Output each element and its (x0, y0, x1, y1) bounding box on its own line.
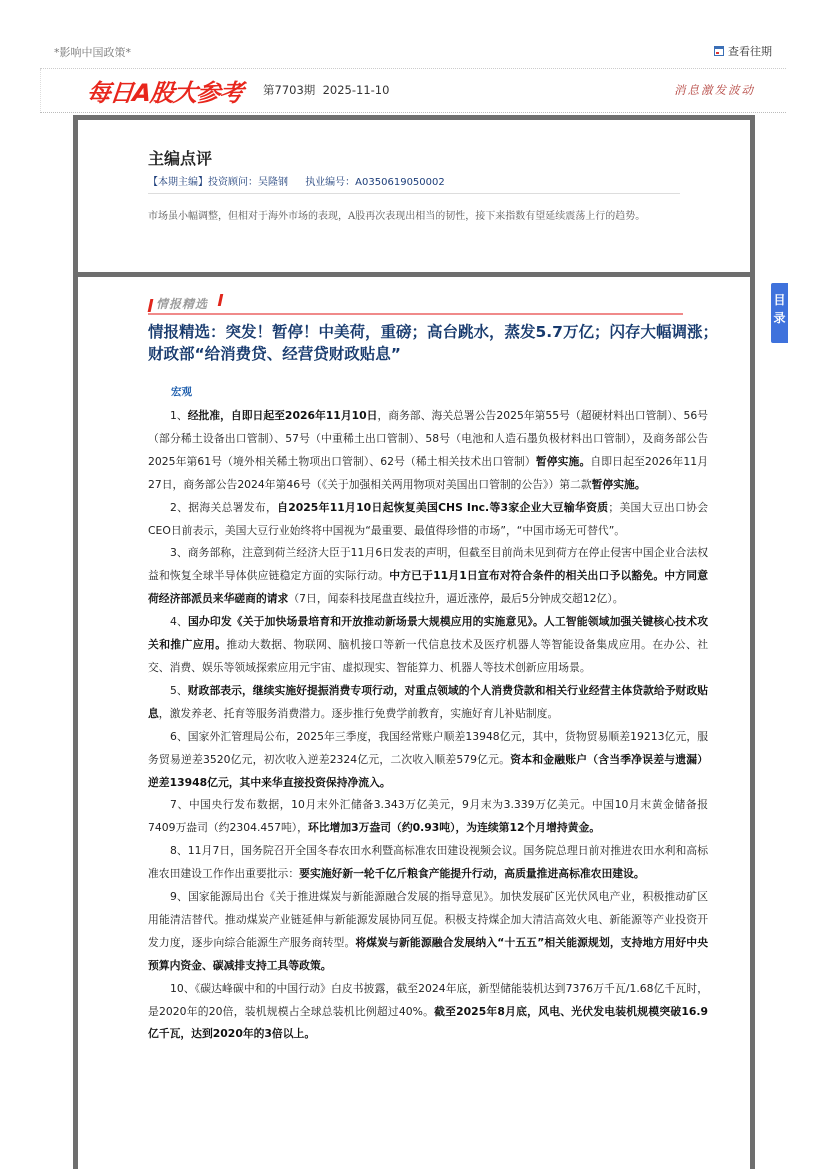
accent-bar-icon (148, 299, 154, 312)
news-text: ，激发养老、托育等服务消费潜力。逐步推行免费学前教育，实施好育儿补贴制度。 (159, 707, 558, 720)
masthead: 每日A股大参考 第7703期 2025-11-10 消息激发波动 (40, 69, 787, 111)
editor-info: 【本期主编】投资顾问：吴隆钢 执业编号：A0350619050002 (148, 173, 459, 188)
news-item: 9、国家能源局出台《关于推进煤炭与新能源融合发展的指导意见》。加快发展矿区光伏风… (148, 886, 708, 978)
issue-info: 第7703期 2025-11-10 (263, 82, 389, 98)
news-text: 推动大数据、物联网、脑机接口等新一代信息技术及医疗机器人等智能设备集成应用。在办… (148, 638, 708, 674)
editor-name: 【本期主编】投资顾问：吴隆钢 (148, 177, 288, 188)
issue-date: 2025-11-10 (323, 83, 390, 97)
news-item: 2、据海关总署发布，自2025年11月10日起恢复美国CHS Inc.等3家企业… (148, 497, 708, 543)
news-highlight: 暂停实施。 (536, 455, 591, 468)
logo: 每日A股大参考 (85, 73, 244, 108)
toc-button[interactable]: 目录 (771, 283, 788, 343)
news-text: 2、据海关总署发布， (170, 501, 277, 514)
editor-license: 执业编号：A0350619050002 (305, 177, 445, 188)
issue-number: 第7703期 (263, 83, 315, 97)
article-body: 1、经批准，自即日起至2026年11月10日，商务部、海关总署公告2025年第5… (148, 405, 708, 1046)
section-header: 情报精选 (148, 289, 683, 315)
calendar-icon (714, 46, 724, 56)
slogan: 消息激发波动 (674, 82, 755, 98)
intel-card: 情报精选 情报精选：突发！暂停！中美荷，重磅；高台跳水，蒸发5.7万亿；闪存大幅… (73, 272, 755, 1169)
news-text: 1、 (170, 409, 188, 422)
news-highlight: 环比增加3万盎司（约0.93吨），为连续第12个月增持黄金。 (308, 821, 600, 834)
divider (148, 193, 680, 194)
news-highlight: 自2025年11月10日起恢复美国CHS Inc.等3家企业大豆输华资质 (277, 501, 608, 514)
news-item: 4、国办印发《关于加快场景培育和开放推动新场景大规模应用的实施意见》。人工智能领… (148, 611, 708, 680)
news-item: 6、国家外汇管理局公布，2025年三季度，我国经常账户顺差13948亿元，其中，… (148, 726, 708, 795)
news-text: 4、 (170, 615, 188, 628)
category-label: 宏观 (171, 384, 192, 399)
news-item: 1、经批准，自即日起至2026年11月10日，商务部、海关总署公告2025年第5… (148, 405, 708, 497)
news-text: （7日，闻泰科技尾盘直线拉升，逼近涨停，最后5分钟成交超12亿）。 (288, 592, 623, 605)
tagline: *影响中国政策* (54, 44, 131, 60)
editor-comment-text: 市场虽小幅调整，但相对于海外市场的表现，A股再次表现出相当的韧性，接下来指数有望… (148, 206, 688, 228)
toc-label: 目录 (773, 293, 785, 325)
accent-bar-icon (218, 294, 224, 306)
editor-comment-title: 主编点评 (148, 146, 212, 169)
news-item: 10、《碳达峰碳中和的中国行动》白皮书披露，截至2024年底，新型储能装机达到7… (148, 978, 708, 1047)
news-highlight: 要实施好新一轮千亿斤粮食产能提升行动，高质量推进高标准农田建设。 (299, 867, 645, 880)
news-highlight: 经批准，自即日起至2026年11月10日 (188, 409, 378, 422)
news-item: 7、中国央行发布数据，10月末外汇储备3.343万亿美元，9月末为3.339万亿… (148, 794, 708, 840)
news-item: 5、财政部表示，继续实施好提振消费专项行动，对重点领域的个人消费贷款和相关行业经… (148, 680, 708, 726)
history-issues-link[interactable]: 查看往期 (714, 43, 772, 59)
section-label: 情报精选 (156, 295, 208, 312)
news-text: 5、 (170, 684, 188, 697)
history-issues-label: 查看往期 (728, 43, 772, 59)
news-item: 3、商务部称，注意到荷兰经济大臣于11月6日发表的声明，但截至目前尚未见到荷方在… (148, 542, 708, 611)
editor-comment-card: 主编点评 【本期主编】投资顾问：吴隆钢 执业编号：A0350619050002 … (73, 115, 755, 277)
news-highlight: 暂停实施。 (592, 478, 646, 491)
news-item: 8、11月7日，国务院召开全国冬春农田水利暨高标准农田建设视频会议。国务院总理日… (148, 840, 708, 886)
header-divider-bottom (40, 112, 786, 113)
article-title: 情报精选：突发！暂停！中美荷，重磅；高台跳水，蒸发5.7万亿；闪存大幅调涨；财政… (148, 321, 728, 365)
